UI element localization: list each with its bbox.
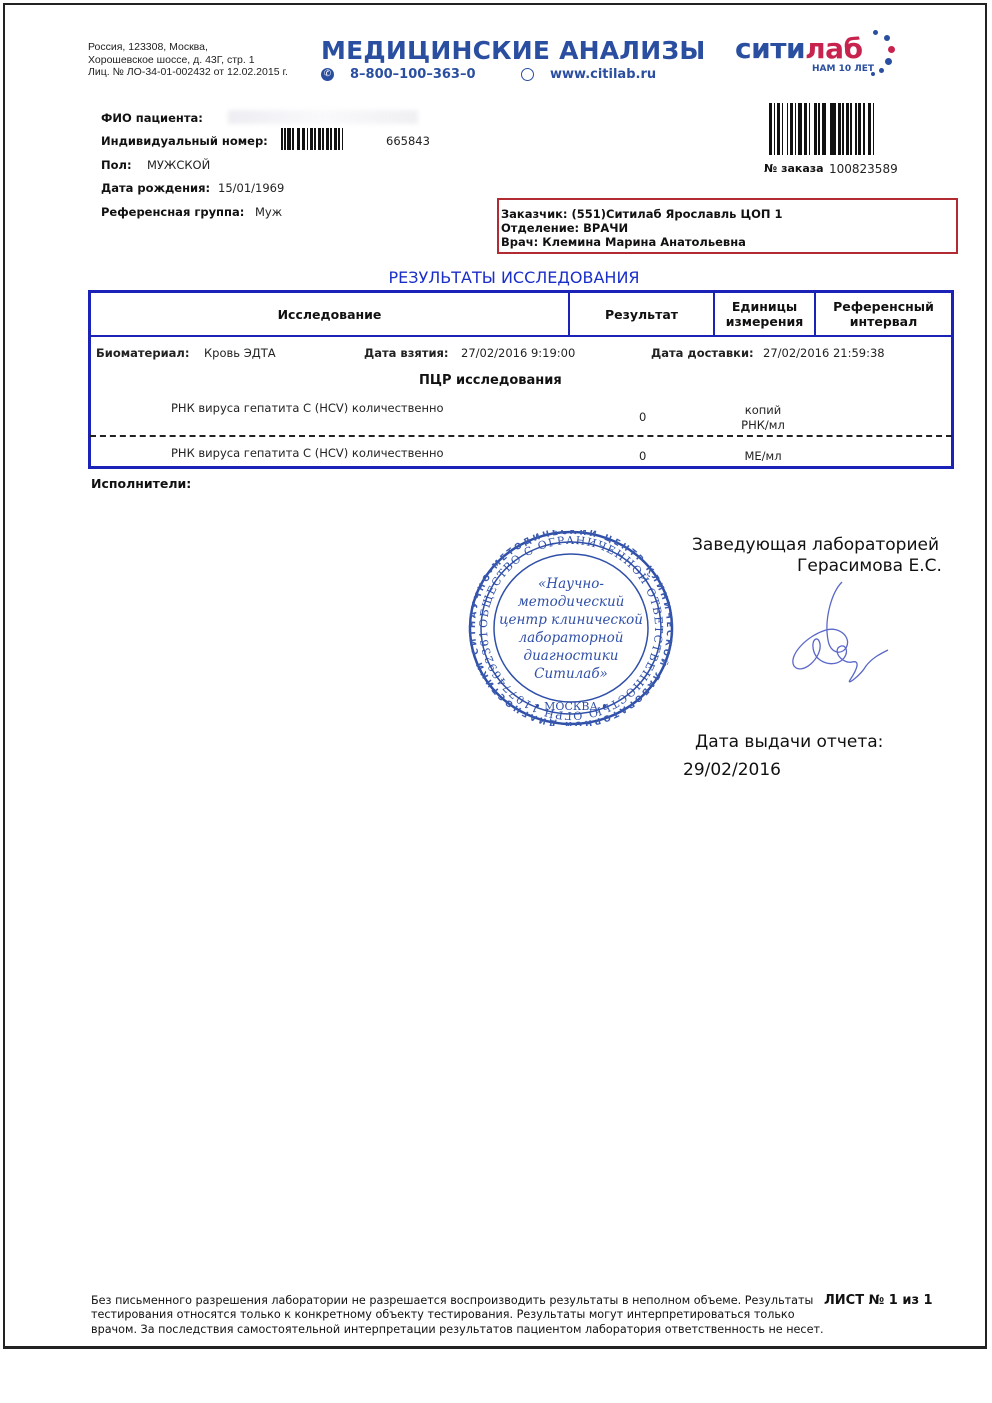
website-link[interactable]: www.citilab.ru	[550, 67, 656, 82]
column-header-units: Единицы измерения	[715, 293, 816, 335]
biomaterial-label: Биоматериал:	[96, 346, 189, 360]
ref-group-label: Референсная группа:	[101, 205, 244, 219]
test-unit: МЕ/мл	[700, 449, 826, 463]
sex-value: МУЖСКОЙ	[147, 158, 210, 172]
test-unit: копий РНК/мл	[700, 403, 826, 433]
test-result: 0	[639, 410, 646, 424]
delivery-date-label: Дата доставки:	[651, 346, 754, 360]
phone-icon: ✆	[321, 68, 334, 81]
order-number-value: 100823589	[829, 162, 898, 176]
signer-position: Заведующая лабораторией	[692, 535, 939, 555]
taken-date-value: 27/02/2016 9:19:00	[461, 346, 575, 360]
lab-address: Россия, 123308, Москва, Хорошевское шосс…	[88, 41, 288, 79]
logo-part-blue: сити	[735, 32, 805, 65]
biomaterial-value: Кровь ЭДТА	[204, 346, 276, 360]
patient-id-value: 665843	[386, 134, 430, 148]
address-line: Россия, 123308, Москва,	[88, 41, 288, 54]
globe-icon	[521, 68, 534, 81]
sex-label: Пол:	[101, 158, 132, 172]
dob-label: Дата рождения:	[101, 181, 210, 195]
signature-icon	[780, 578, 900, 688]
unit-line: РНК/мл	[700, 418, 826, 433]
svg-text:центр клинической: центр клинической	[499, 612, 643, 628]
issue-date-label: Дата выдачи отчета:	[695, 732, 883, 752]
svg-text:диагностики: диагностики	[524, 648, 619, 664]
dob-value: 15/01/1969	[218, 181, 284, 195]
patient-name-redacted	[228, 110, 418, 124]
svg-text:• МОСКВА •: • МОСКВА •	[534, 700, 608, 713]
table-header: Исследование Результат Единицы измерения…	[91, 293, 951, 337]
address-line: Хорошевское шоссе, д. 43Г, стр. 1	[88, 54, 288, 67]
order-barcode	[769, 103, 874, 155]
test-result: 0	[639, 449, 646, 463]
brand-title: МЕДИЦИНСКИЕ АНАЛИЗЫ	[321, 36, 705, 65]
column-header-test: Исследование	[91, 293, 570, 335]
phone-number: 8–800–100–363–0	[350, 67, 476, 82]
test-name: РНК вируса гепатита С (HCV) количественн…	[171, 401, 444, 415]
order-number-label: № заказа	[764, 162, 824, 175]
ref-group-value: Муж	[255, 205, 282, 219]
test-name: РНК вируса гепатита С (HCV) количественн…	[171, 446, 444, 460]
department: Отделение: ВРАЧИ	[501, 221, 954, 235]
license-line: Лиц. № ЛО-34-01-002432 от 12.02.2015 г.	[88, 66, 288, 79]
patient-id-label: Индивидуальный номер:	[101, 134, 268, 148]
svg-text:Ситилаб»: Ситилаб»	[534, 666, 608, 682]
customer: Заказчик: (551)Ситилаб Ярославль ЦОП 1	[501, 207, 954, 221]
row-divider	[90, 435, 952, 437]
svg-text:методический: методический	[518, 594, 625, 610]
doctor: Врач: Клемина Марина Анатольевна	[501, 235, 954, 249]
stamp-icon: НАУЧНО-МЕТОДИЧЕСКИЙ ЦЕНТР КЛИНИЧЕСКОЙ ЛА…	[468, 530, 674, 726]
section-title: ПЦР исследования	[419, 373, 562, 388]
citilab-logo: ситилаб	[735, 32, 863, 65]
delivery-date-value: 27/02/2016 21:59:38	[763, 346, 885, 360]
seal-stamp: НАУЧНО-МЕТОДИЧЕСКИЙ ЦЕНТР КЛИНИЧЕСКОЙ ЛА…	[468, 530, 674, 726]
column-header-reference: Референсный интервал	[816, 293, 951, 335]
logo-tagline: НАМ 10 ЛЕТ	[812, 64, 874, 74]
issue-date-value: 29/02/2016	[683, 760, 781, 780]
disclaimer: Без письменного разрешения лаборатории н…	[91, 1294, 826, 1337]
client-info-box: Заказчик: (551)Ситилаб Ярославль ЦОП 1 О…	[497, 198, 958, 254]
sheet-number: ЛИСТ № 1 из 1	[824, 1293, 933, 1308]
column-header-result: Результат	[570, 293, 715, 335]
results-title: РЕЗУЛЬТАТЫ ИССЛЕДОВАНИЯ	[0, 268, 992, 287]
svg-text:НАУЧНО-МЕТОДИЧЕСКИЙ ЦЕНТР КЛИН: НАУЧНО-МЕТОДИЧЕСКИЙ ЦЕНТР КЛИНИЧЕСКОЙ ЛА…	[468, 530, 674, 726]
signer-name: Герасимова Е.С.	[797, 556, 942, 576]
unit-line: копий	[700, 403, 826, 418]
performers-label: Исполнители:	[91, 476, 191, 491]
svg-text:лабораторной: лабораторной	[519, 630, 624, 646]
taken-date-label: Дата взятия:	[364, 346, 448, 360]
logo-part-red: лаб	[805, 32, 862, 65]
patient-barcode	[281, 128, 343, 150]
patient-name-label: ФИО пациента:	[101, 111, 203, 125]
svg-text:«Научно-: «Научно-	[538, 576, 604, 592]
